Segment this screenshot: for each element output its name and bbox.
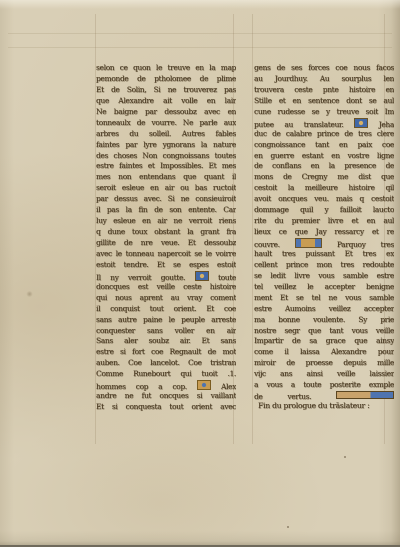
text-line: ma bonne voulente. Sy prie xyxy=(254,315,394,326)
text-line: tel veillez le accepter benigne xyxy=(254,282,394,293)
text-line: il conquist tout orient. Et coe xyxy=(96,304,236,315)
text-line: estre Aumoins veillez accepter xyxy=(254,304,394,315)
illuminated-initial xyxy=(295,238,322,248)
text-line: il pas la fin de son entente. Car xyxy=(96,205,236,216)
text-line: Il ny verroit goutte. toute xyxy=(96,271,236,282)
text-line: putee au translateur. Jeha xyxy=(254,118,394,129)
illuminated-initial xyxy=(197,380,211,390)
text-line: auben. Coe lancelot. Coe tristran xyxy=(96,358,236,369)
text-line: Sans aler soubz air. Et sans xyxy=(96,336,236,347)
text-line: vijc ans ainsi veille laissier xyxy=(254,369,394,380)
text-line: arbres du solleil. Autres fables xyxy=(96,129,236,140)
text-line: qui nous aprent au vray coment xyxy=(96,293,236,304)
text-line: estre faintes et Impossibles. Et mes xyxy=(96,161,236,172)
text-line: se ledit livre vous samble estre xyxy=(254,271,394,282)
text-line: par dessus avec. Si ne consieuiroit xyxy=(96,194,236,205)
colophon-line: Fin du prologue du trāslateur : xyxy=(258,401,394,410)
text-line: sans autre paine le peuple arreste xyxy=(96,315,236,326)
manuscript-page: selon ce quon le treuve en la mappemonde… xyxy=(0,0,400,547)
text-line: congnoissance tant en paix coe xyxy=(254,140,394,151)
text-line: Et si conquesta tout orient avec xyxy=(96,402,236,413)
ink-speck xyxy=(287,526,289,528)
text-line: pemonde de ptholomee de plime xyxy=(96,74,236,85)
text-line: miroir de proesse depuis mille xyxy=(254,358,394,369)
text-line: avoit oncques veu. mais q cestoit xyxy=(254,194,394,205)
text-line: que Alexandre ait volle en lair xyxy=(96,96,236,107)
text-line: Stille et en sentence dont se aul xyxy=(254,96,394,107)
text-line: andre ne fut oncques si vaillant xyxy=(96,391,236,402)
text-line: tonneaulx de vourre. Ne parle aux xyxy=(96,118,236,129)
text-line: hault tres puissant Et tres ex xyxy=(254,249,394,260)
text-line: mes non entendans que quant il xyxy=(96,172,236,183)
text-line: come il laissa Alexandre pour xyxy=(254,347,394,358)
text-line: des choses Non congnoissans toutes xyxy=(96,151,236,162)
text-line: cellent prince mon tres redoubte xyxy=(254,260,394,271)
text-column-left: selon ce quon le treuve en la mappemonde… xyxy=(96,63,236,413)
text-line: ment Et se tel ne vous samble xyxy=(254,293,394,304)
text-line: dommage quil y failloit laucto xyxy=(254,205,394,216)
text-line: Et de Solin, Si ne trouverez pas xyxy=(96,85,236,96)
ink-speck xyxy=(344,456,346,458)
text-line: gens de ses forces coe nous facos xyxy=(254,63,394,74)
text-line: cestoit la meilleure histoire qil xyxy=(254,183,394,194)
text-line: rite du premier livre et en aul xyxy=(254,216,394,227)
text-line: seroit esleue en air ou bas ructoit xyxy=(96,183,236,194)
text-line: avec le tonneau napercoit se le voirre xyxy=(96,249,236,260)
text-line: cune rudesse se y treuve soit Im xyxy=(254,107,394,118)
text-line: nostre segr que tant vous veille xyxy=(254,326,394,337)
text-line: couvre. Parquoy tres xyxy=(254,238,394,249)
text-line: hommes cop a cop. Alex xyxy=(96,380,236,391)
line-filler-ornament xyxy=(336,391,394,399)
ink-smudge xyxy=(26,291,33,297)
text-line: a vous a toute posterite exmple xyxy=(254,380,394,391)
text-line: duc de calabre prince de tres clere xyxy=(254,129,394,140)
ruling-line-horizontal xyxy=(8,33,392,34)
text-line: Ne baigne par dessoubz avec en xyxy=(96,107,236,118)
text-line: trouvera ceste pnte histoire en xyxy=(254,85,394,96)
text-line: gillite de nre veue. Et dessoubz xyxy=(96,238,236,249)
illuminated-initial xyxy=(195,271,209,281)
ruling-line-horizontal xyxy=(8,47,392,48)
text-line: luy esleue en air ne verroit riens xyxy=(96,216,236,227)
text-line: conquester sans voller en air xyxy=(96,326,236,337)
text-line: en guerre estant en vostre ligne xyxy=(254,151,394,162)
text-line: lieux ce que Jay ressarcy et re xyxy=(254,227,394,238)
text-column-right: gens de ses forces coe nous facosau Jour… xyxy=(254,63,394,402)
text-line: estre si fort coe Regnault de mot xyxy=(96,347,236,358)
text-line: mons de Cregny me dist que xyxy=(254,172,394,183)
text-line: au Jourdhuy. Au sourplus len xyxy=(254,74,394,85)
text-line: faintes par lyre ygnorans la nature xyxy=(96,140,236,151)
text-line: estoit tendre. Et se espes estoit xyxy=(96,260,236,271)
text-line: selon ce quon le treuve en la map xyxy=(96,63,236,74)
text-line: q dune toux obstant la grant fra xyxy=(96,227,236,238)
text-line: doncques est veille ceste histoire xyxy=(96,282,236,293)
text-line: Comme Runebourt qui tuoit .1. xyxy=(96,369,236,380)
illuminated-initial xyxy=(354,118,368,128)
text-line: de conflans en la presence de xyxy=(254,161,394,172)
text-line: Impartir de sa grace que ainsy xyxy=(254,336,394,347)
